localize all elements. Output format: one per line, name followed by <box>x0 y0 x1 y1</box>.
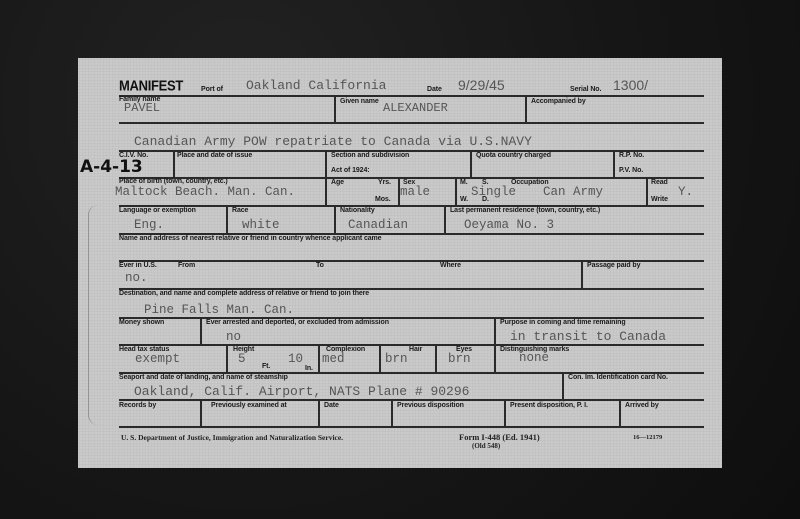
seaport-label: Seaport and date of landing, and name of… <box>119 374 288 381</box>
divider <box>613 150 615 177</box>
mos-label: Mos. <box>375 196 391 203</box>
port-value: Oakland California <box>246 78 386 93</box>
passage-label: Passage paid by <box>587 262 640 269</box>
divider <box>200 399 202 426</box>
divider <box>581 260 583 288</box>
remark-value: Canadian Army POW repatriate to Canada v… <box>134 134 532 149</box>
divider <box>334 205 336 233</box>
place-issue-label: Place and date of issue <box>177 152 252 159</box>
residence-label: Last permanent residence (town, country,… <box>450 207 600 214</box>
occupation-value: Can Army <box>543 185 603 199</box>
divider <box>494 344 496 372</box>
divider <box>173 150 175 177</box>
divider <box>325 177 327 205</box>
divider <box>226 344 228 372</box>
divider <box>119 426 704 428</box>
ever-in-us-label: Ever in U.S. <box>119 262 157 269</box>
prev-disposition-label: Previous disposition <box>397 402 464 409</box>
seaport-value: Oakland, Calif. Airport, NATS Plane # 90… <box>134 384 469 399</box>
marital-value: Single <box>471 185 516 199</box>
read-write-value: Y. <box>678 185 693 199</box>
port-label: Port of <box>201 86 223 93</box>
date-value: 9/29/45 <box>458 77 505 93</box>
arrested-value: no <box>226 330 241 344</box>
form-title: MANIFEST <box>119 77 183 94</box>
con-im-label: Con. Im. Identification card No. <box>568 374 668 381</box>
serial-value: 1300/ <box>613 77 648 93</box>
accompanied-label: Accompanied by <box>531 98 586 105</box>
divider <box>435 344 437 372</box>
arrived-by-label: Arrived by <box>625 402 659 409</box>
divider <box>119 95 704 97</box>
divider <box>119 205 704 207</box>
divider <box>470 150 472 177</box>
handwritten-margin-mark <box>88 205 109 425</box>
language-value: Eng. <box>134 218 164 232</box>
relative-label: Name and address of nearest relative or … <box>119 235 381 242</box>
birth-label: Place of birth (town, country, etc.) <box>119 178 228 185</box>
old-form-number: (Old 548) <box>472 442 500 450</box>
marks-value: none <box>519 351 549 365</box>
manifest-card: MANIFEST Port of Oakland California Date… <box>78 58 722 468</box>
date2-label: Date <box>324 402 339 409</box>
height-in-value: 10 <box>288 352 303 366</box>
w-label: W. <box>460 196 468 203</box>
age-label: Age <box>331 179 344 186</box>
race-value: white <box>242 218 280 232</box>
purpose-value: in transit to Canada <box>510 329 666 344</box>
destination-label: Destination, and name and complete addre… <box>119 290 369 297</box>
divider <box>494 317 496 344</box>
divider <box>325 150 327 177</box>
divider <box>525 95 527 122</box>
ever-in-us-value: no. <box>125 271 148 285</box>
eyes-value: brn <box>448 352 471 366</box>
in-label: In. <box>305 365 313 372</box>
nationality-label: Nationality <box>340 207 375 214</box>
divider <box>444 205 446 233</box>
from-label: From <box>178 262 195 269</box>
hair-label: Hair <box>409 346 422 353</box>
pv-label: P.V. No. <box>619 167 643 174</box>
present-disposition-label: Present disposition, P. I. <box>510 402 588 409</box>
arrested-label: Ever arrested and deported, or excluded … <box>206 319 389 326</box>
quota-label: Quota country charged <box>476 152 551 159</box>
divider <box>619 399 621 426</box>
divider <box>646 177 648 205</box>
money-label: Money shown <box>119 319 164 326</box>
write-label: Write <box>651 196 668 203</box>
date-label: Date <box>427 86 442 93</box>
race-label: Race <box>232 207 248 214</box>
ft-label: Ft. <box>262 363 270 370</box>
divider <box>226 205 228 233</box>
yrs-label: Yrs. <box>378 179 391 186</box>
birth-value: Maltock Beach. Man. Can. <box>115 185 295 199</box>
rp-label: R.P. No. <box>619 152 644 159</box>
read-label: Read <box>651 179 668 186</box>
section-label: Section and subdivision <box>331 152 409 159</box>
divider <box>504 399 506 426</box>
complexion-value: med <box>322 352 345 366</box>
sex-value: male <box>400 185 430 199</box>
divider <box>119 399 704 401</box>
divider <box>318 399 320 426</box>
destination-value: Pine Falls Man. Can. <box>144 303 294 317</box>
family-name-value: PAVEL <box>124 101 160 115</box>
where-label: Where <box>440 262 461 269</box>
form-number: Form I-448 (Ed. 1941) <box>459 432 540 442</box>
act-label: Act of 1924: <box>331 167 369 174</box>
nationality-value: Canadian <box>348 218 408 232</box>
residence-value: Oeyama No. 3 <box>464 218 554 232</box>
prev-examined-label: Previously examined at <box>211 402 287 409</box>
language-label: Language or exemption <box>119 207 196 214</box>
serial-label: Serial No. <box>570 86 601 93</box>
department-footer: U. S. Department of Justice, Immigration… <box>121 433 343 442</box>
hair-value: brn <box>385 352 408 366</box>
height-ft-value: 5 <box>238 352 246 366</box>
head-tax-value: exempt <box>135 352 180 366</box>
to-label: To <box>316 262 324 269</box>
purpose-label: Purpose in coming and time remaining <box>500 319 626 326</box>
divider <box>455 177 457 205</box>
m-label: M. <box>460 179 468 186</box>
divider <box>562 372 564 399</box>
civ-handwritten: A-4-13 <box>80 157 143 177</box>
print-code: 16—12179 <box>633 434 662 441</box>
divider <box>334 95 336 122</box>
divider <box>379 344 381 372</box>
records-by-label: Records by <box>119 402 156 409</box>
divider <box>318 344 320 372</box>
divider <box>391 399 393 426</box>
given-name-label: Given name <box>340 98 379 105</box>
given-name-value: ALEXANDER <box>383 101 448 115</box>
divider <box>119 122 704 124</box>
divider <box>200 317 202 344</box>
